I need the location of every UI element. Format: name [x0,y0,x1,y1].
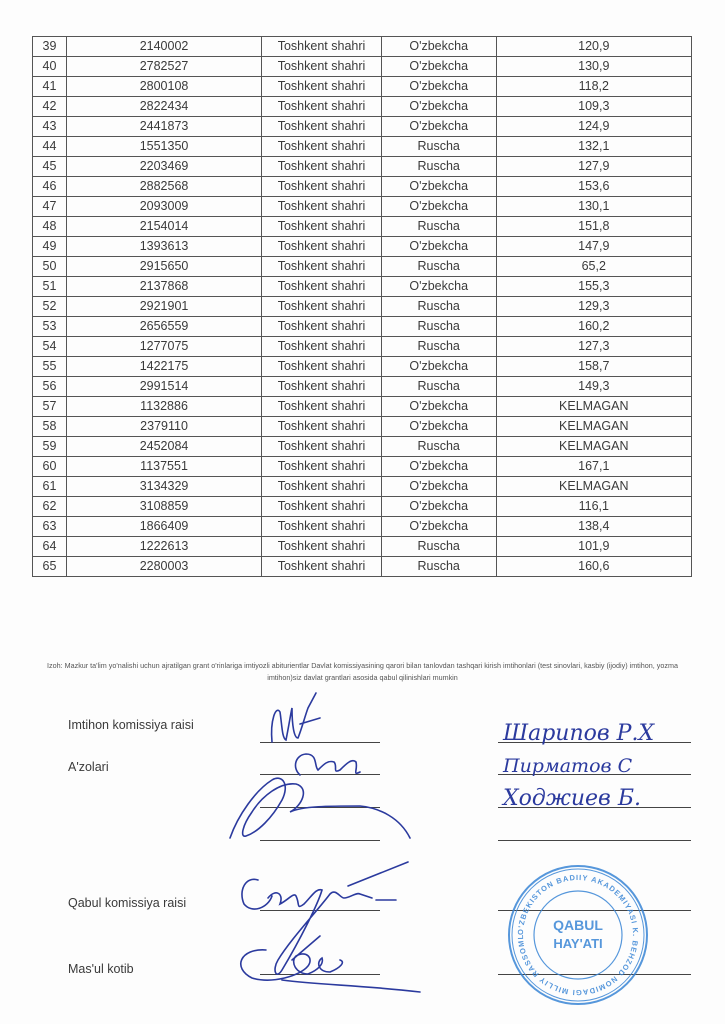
row-number-cell: 65 [33,557,67,577]
row-number-cell: 48 [33,217,67,237]
language-cell: O'zbekcha [381,497,496,517]
language-cell: O'zbekcha [381,517,496,537]
language-cell: Ruscha [381,257,496,277]
language-cell: O'zbekcha [381,477,496,497]
table-row: 582379110Toshkent shahriO'zbekchaKELMAGA… [33,417,692,437]
score-cell: 120,9 [496,37,691,57]
table-row: 592452084Toshkent shahriRuschaKELMAGAN [33,437,692,457]
row-number-cell: 52 [33,297,67,317]
results-table-body: 392140002Toshkent shahriO'zbekcha120,940… [33,37,692,577]
language-cell: Ruscha [381,297,496,317]
score-cell: 118,2 [496,77,691,97]
score-cell: 132,1 [496,137,691,157]
region-cell: Toshkent shahri [262,477,382,497]
region-cell: Toshkent shahri [262,257,382,277]
score-cell: 129,3 [496,297,691,317]
table-row: 613134329Toshkent shahriO'zbekchaKELMAGA… [33,477,692,497]
signature-line [260,774,380,775]
admission-chair-label: Qabul komissiya raisi [68,896,186,910]
table-row: 502915650Toshkent shahriRuscha65,2 [33,257,692,277]
applicant-id-cell: 2452084 [66,437,261,457]
region-cell: Toshkent shahri [262,397,382,417]
signature-line [260,974,380,975]
row-number-cell: 60 [33,457,67,477]
applicant-id-cell: 1393613 [66,237,261,257]
language-cell: O'zbekcha [381,77,496,97]
members-label: A'zolari [68,760,109,774]
score-cell: 127,3 [496,337,691,357]
applicant-id-cell: 1132886 [66,397,261,417]
language-cell: Ruscha [381,537,496,557]
language-cell: Ruscha [381,377,496,397]
score-cell: 167,1 [496,457,691,477]
score-cell: 160,6 [496,557,691,577]
applicant-id-cell: 1422175 [66,357,261,377]
row-number-cell: 54 [33,337,67,357]
note-text: Izoh: Mazkur ta'lim yo'nalishi uchun ajr… [30,660,695,684]
region-cell: Toshkent shahri [262,437,382,457]
language-cell: O'zbekcha [381,357,496,377]
name-line [498,807,691,808]
table-row: 641222613Toshkent shahriRuscha101,9 [33,537,692,557]
score-cell: 130,9 [496,57,691,77]
score-cell: 160,2 [496,317,691,337]
name-line [498,974,691,975]
table-row: 482154014Toshkent shahriRuscha151,8 [33,217,692,237]
language-cell: O'zbekcha [381,197,496,217]
table-row: 452203469Toshkent shahriRuscha127,9 [33,157,692,177]
row-number-cell: 41 [33,77,67,97]
score-cell: 130,1 [496,197,691,217]
region-cell: Toshkent shahri [262,177,382,197]
results-table: 392140002Toshkent shahriO'zbekcha120,940… [32,36,692,577]
region-cell: Toshkent shahri [262,237,382,257]
score-cell: KELMAGAN [496,417,691,437]
name-line [498,742,691,743]
applicant-id-cell: 3134329 [66,477,261,497]
region-cell: Toshkent shahri [262,557,382,577]
language-cell: O'zbekcha [381,177,496,197]
signature-admission-chair [242,862,408,974]
secretary-label: Mas'ul kotib [68,962,134,976]
score-cell: KELMAGAN [496,397,691,417]
language-cell: Ruscha [381,437,496,457]
language-cell: O'zbekcha [381,37,496,57]
row-number-cell: 40 [33,57,67,77]
table-row: 491393613Toshkent shahriO'zbekcha147,9 [33,237,692,257]
signature-line [260,840,380,841]
region-cell: Toshkent shahri [262,457,382,477]
score-cell: 127,9 [496,157,691,177]
language-cell: O'zbekcha [381,237,496,257]
applicant-id-cell: 2782527 [66,57,261,77]
language-cell: Ruscha [381,337,496,357]
language-cell: Ruscha [381,137,496,157]
table-row: 422822434Toshkent shahriO'zbekcha109,3 [33,97,692,117]
table-row: 432441873Toshkent shahriO'zbekcha124,9 [33,117,692,137]
region-cell: Toshkent shahri [262,417,382,437]
language-cell: O'zbekcha [381,277,496,297]
applicant-id-cell: 2154014 [66,217,261,237]
region-cell: Toshkent shahri [262,337,382,357]
row-number-cell: 49 [33,237,67,257]
region-cell: Toshkent shahri [262,497,382,517]
applicant-id-cell: 1137551 [66,457,261,477]
score-cell: 153,6 [496,177,691,197]
row-number-cell: 63 [33,517,67,537]
stamp-center-line1: QABUL [553,917,603,933]
applicant-id-cell: 1222613 [66,537,261,557]
applicant-id-cell: 2203469 [66,157,261,177]
score-cell: 147,9 [496,237,691,257]
signature-line [260,807,380,808]
document-page: 392140002Toshkent shahriO'zbekcha120,940… [0,0,725,1024]
row-number-cell: 46 [33,177,67,197]
stamp-center-line2: HAY'ATI [553,936,602,951]
signature-line [260,910,380,911]
table-row: 441551350Toshkent shahriRuscha132,1 [33,137,692,157]
table-row: 631866409Toshkent shahriO'zbekcha138,4 [33,517,692,537]
name-line [498,840,691,841]
region-cell: Toshkent shahri [262,297,382,317]
applicant-id-cell: 2280003 [66,557,261,577]
applicant-id-cell: 2093009 [66,197,261,217]
score-cell: KELMAGAN [496,477,691,497]
region-cell: Toshkent shahri [262,217,382,237]
row-number-cell: 61 [33,477,67,497]
applicant-id-cell: 3108859 [66,497,261,517]
language-cell: Ruscha [381,557,496,577]
row-number-cell: 56 [33,377,67,397]
score-cell: KELMAGAN [496,437,691,457]
score-cell: 151,8 [496,217,691,237]
applicant-id-cell: 2915650 [66,257,261,277]
signature-exam-chair [272,693,320,742]
region-cell: Toshkent shahri [262,277,382,297]
table-row: 623108859Toshkent shahriO'zbekcha116,1 [33,497,692,517]
region-cell: Toshkent shahri [262,117,382,137]
applicant-id-cell: 2800108 [66,77,261,97]
language-cell: O'zbekcha [381,457,496,477]
row-number-cell: 44 [33,137,67,157]
applicant-id-cell: 1277075 [66,337,261,357]
region-cell: Toshkent shahri [262,317,382,337]
region-cell: Toshkent shahri [262,537,382,557]
region-cell: Toshkent shahri [262,157,382,177]
table-row: 532656559Toshkent shahriRuscha160,2 [33,317,692,337]
language-cell: O'zbekcha [381,97,496,117]
language-cell: Ruscha [381,217,496,237]
score-cell: 124,9 [496,117,691,137]
language-cell: Ruscha [381,157,496,177]
language-cell: O'zbekcha [381,117,496,137]
row-number-cell: 43 [33,117,67,137]
row-number-cell: 57 [33,397,67,417]
table-row: 402782527Toshkent shahriO'zbekcha130,9 [33,57,692,77]
table-row: 412800108Toshkent shahriO'zbekcha118,2 [33,77,692,97]
region-cell: Toshkent shahri [262,197,382,217]
row-number-cell: 53 [33,317,67,337]
applicant-id-cell: 2379110 [66,417,261,437]
applicant-id-cell: 1866409 [66,517,261,537]
table-row: 601137551Toshkent shahriO'zbekcha167,1 [33,457,692,477]
score-cell: 116,1 [496,497,691,517]
name-line [498,910,691,911]
table-row: 541277075Toshkent shahriRuscha127,3 [33,337,692,357]
applicant-id-cell: 2137868 [66,277,261,297]
table-row: 522921901Toshkent shahriRuscha129,3 [33,297,692,317]
applicant-id-cell: 2140002 [66,37,261,57]
row-number-cell: 62 [33,497,67,517]
row-number-cell: 55 [33,357,67,377]
signature-line [260,742,380,743]
region-cell: Toshkent shahri [262,97,382,117]
row-number-cell: 39 [33,37,67,57]
exam-chair-label: Imtihon komissiya raisi [68,718,194,732]
row-number-cell: 50 [33,257,67,277]
row-number-cell: 58 [33,417,67,437]
table-row: 652280003Toshkent shahriRuscha160,6 [33,557,692,577]
language-cell: O'zbekcha [381,57,496,77]
region-cell: Toshkent shahri [262,517,382,537]
score-cell: 158,7 [496,357,691,377]
applicant-id-cell: 1551350 [66,137,261,157]
table-row: 551422175Toshkent shahriO'zbekcha158,7 [33,357,692,377]
region-cell: Toshkent shahri [262,57,382,77]
language-cell: O'zbekcha [381,397,496,417]
row-number-cell: 51 [33,277,67,297]
table-row: 462882568Toshkent shahriO'zbekcha153,6 [33,177,692,197]
score-cell: 138,4 [496,517,691,537]
score-cell: 65,2 [496,257,691,277]
region-cell: Toshkent shahri [262,37,382,57]
language-cell: Ruscha [381,317,496,337]
applicant-id-cell: 2656559 [66,317,261,337]
score-cell: 155,3 [496,277,691,297]
table-row: 392140002Toshkent shahriO'zbekcha120,9 [33,37,692,57]
applicant-id-cell: 2921901 [66,297,261,317]
region-cell: Toshkent shahri [262,377,382,397]
table-row: 562991514Toshkent shahriRuscha149,3 [33,377,692,397]
signature-secretary [241,936,420,992]
applicant-id-cell: 2822434 [66,97,261,117]
signature-member-1 [295,754,360,775]
score-cell: 101,9 [496,537,691,557]
score-cell: 109,3 [496,97,691,117]
score-cell: 149,3 [496,377,691,397]
row-number-cell: 59 [33,437,67,457]
region-cell: Toshkent shahri [262,137,382,157]
table-row: 472093009Toshkent shahriO'zbekcha130,1 [33,197,692,217]
region-cell: Toshkent shahri [262,357,382,377]
row-number-cell: 47 [33,197,67,217]
table-row: 571132886Toshkent shahriO'zbekchaKELMAGA… [33,397,692,417]
row-number-cell: 45 [33,157,67,177]
signature-member-2 [230,778,410,838]
row-number-cell: 64 [33,537,67,557]
applicant-id-cell: 2991514 [66,377,261,397]
row-number-cell: 42 [33,97,67,117]
applicant-id-cell: 2882568 [66,177,261,197]
language-cell: O'zbekcha [381,417,496,437]
region-cell: Toshkent shahri [262,77,382,97]
table-row: 512137868Toshkent shahriO'zbekcha155,3 [33,277,692,297]
applicant-id-cell: 2441873 [66,117,261,137]
name-line [498,774,691,775]
